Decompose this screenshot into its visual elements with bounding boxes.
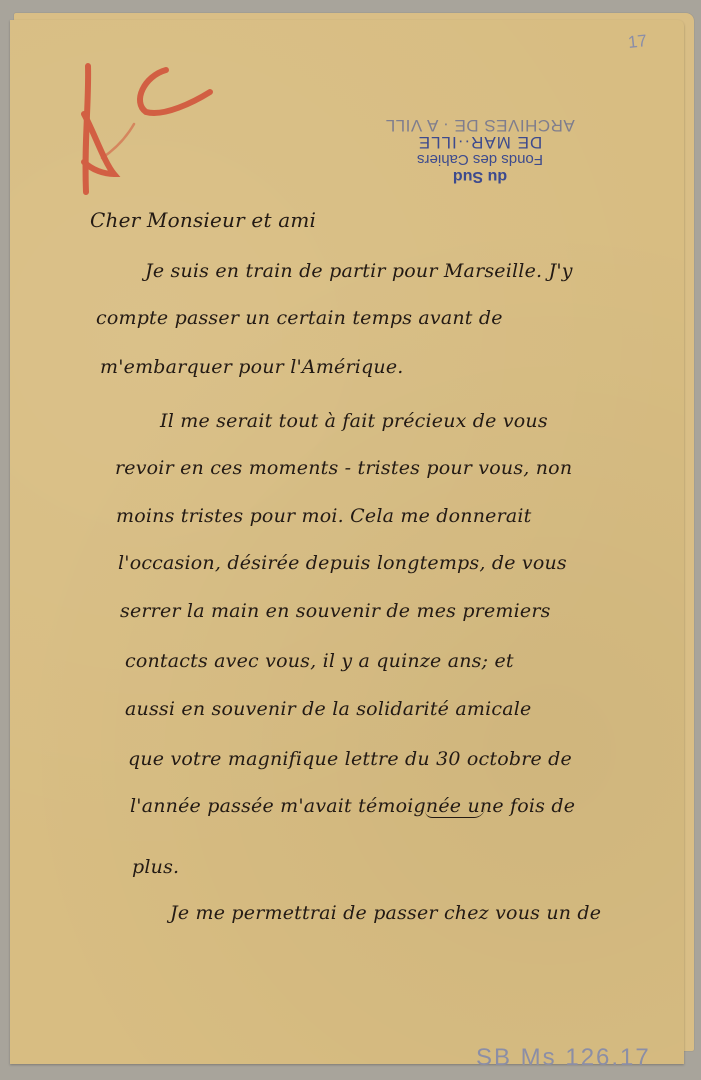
- stamp-line: ARCHIVES DE · A VILL: [370, 116, 590, 134]
- letter-line: aussi en souvenir de la solidarité amica…: [125, 698, 531, 720]
- letter-line: que votre magnifique lettre du 30 octobr…: [128, 748, 572, 770]
- folio-number: 17: [627, 31, 648, 53]
- salutation: Cher Monsieur et ami: [90, 208, 316, 232]
- letter-line: plus.: [132, 856, 179, 878]
- letter-line: Je suis en train de partir pour Marseill…: [145, 260, 573, 282]
- letter-line: l'année passée m'avait témoignée une foi…: [130, 795, 575, 817]
- letter-line: serrer la main en souvenir de mes premie…: [120, 600, 551, 622]
- letter-page: 17 du Sud Fonds des Cahiers DE MAR··ILLE…: [10, 20, 684, 1064]
- stamp-line: du Sud: [370, 167, 590, 184]
- stamp-line: Fonds des Cahiers: [370, 152, 590, 168]
- letter-line: Je me permettrai de passer chez vous un …: [170, 902, 601, 924]
- letter-line: revoir en ces moments - tristes pour vou…: [115, 457, 572, 479]
- stamp-line: DE MAR··ILLE: [370, 134, 590, 152]
- underline-mark: [425, 807, 485, 818]
- archive-stamp: du Sud Fonds des Cahiers DE MAR··ILLE AR…: [370, 116, 590, 184]
- letter-line: Il me serait tout à fait précieux de vou…: [160, 410, 548, 432]
- letter-line: m'embarquer pour l'Amérique.: [100, 356, 404, 378]
- letter-line: compte passer un certain temps avant de: [96, 307, 503, 329]
- letter-line: l'occasion, désirée depuis longtemps, de…: [118, 552, 567, 574]
- letter-line: moins tristes pour moi. Cela me donnerai…: [116, 505, 532, 527]
- shelfmark: SB Ms 126.17: [476, 1044, 651, 1072]
- red-crayon-annotation: [74, 62, 224, 202]
- letter-line: contacts avec vous, il y a quinze ans; e…: [125, 650, 514, 672]
